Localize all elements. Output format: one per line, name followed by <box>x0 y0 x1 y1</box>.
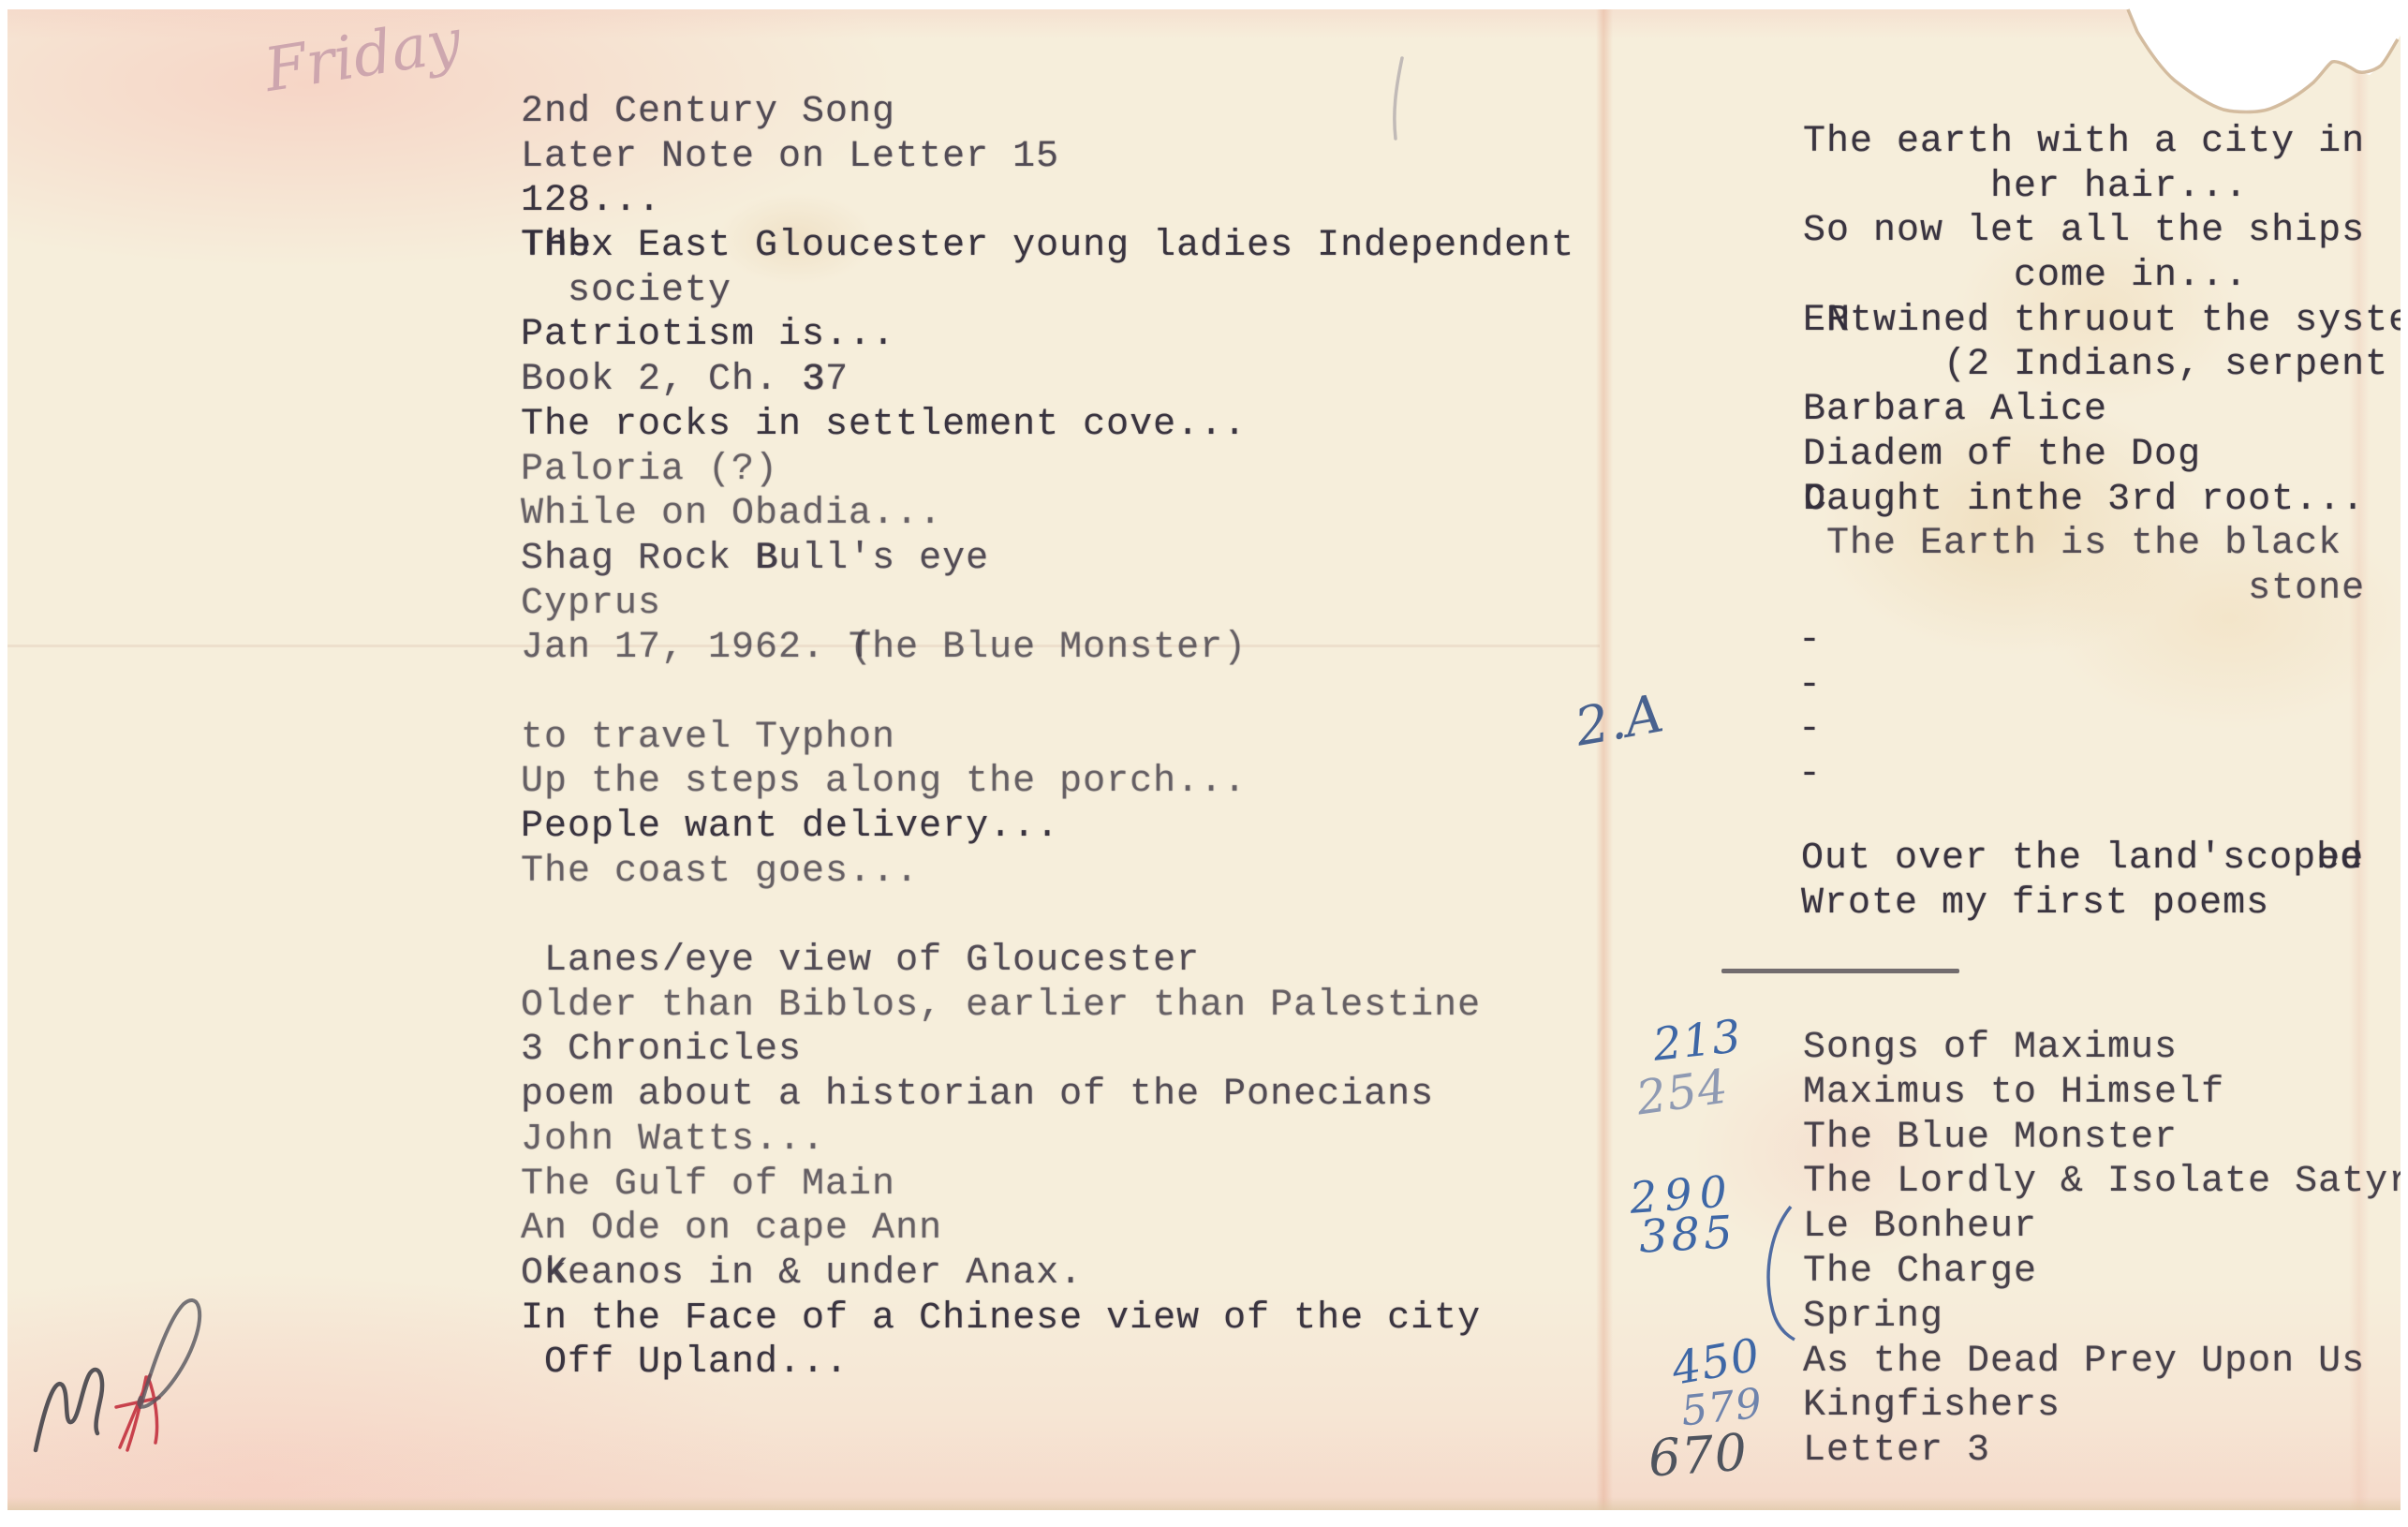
reading-list-row: The Blue Monster <box>1803 1116 2408 1161</box>
typed-line: Paloria (?) <box>521 448 1598 493</box>
typed-dash-column: ---- <box>1798 618 1822 797</box>
right-typed-column: The earth with a city in her hair...So n… <box>1803 120 2408 612</box>
typed-line: Out over the land'scopbd <box>1801 837 2408 882</box>
typed-line: An Ode on cape Ann <box>521 1207 1598 1252</box>
handwritten-friday: Friday <box>260 11 465 101</box>
typed-line: come in... <box>1803 254 2408 299</box>
typed-line: - <box>1798 707 1822 752</box>
scanned-page: { "page": { "description_label": "typewr… <box>0 0 2408 1527</box>
reading-list-row: 213Songs of Maximus <box>1803 1026 2408 1071</box>
typed-line: Book 2, Ch. 37 <box>521 358 1598 403</box>
typed-line: The Gulf of Main <box>521 1163 1598 1208</box>
typed-line: In the Face of a Chinese view of the cit… <box>521 1297 1598 1342</box>
reading-list-title: Letter 3 <box>1803 1430 1990 1472</box>
typed-line: - <box>1798 618 1822 663</box>
typed-line: 128... <box>521 179 1598 224</box>
typed-line: (2 Indians, serpent <box>1803 343 2408 388</box>
typed-ruled-line <box>1721 969 1959 973</box>
vertical-fold-crease <box>1596 0 1613 1527</box>
typed-line: Diadem of the Dog <box>1803 433 2408 478</box>
closing-typed-lines: Out over the land'scopbdWrote my first p… <box>1801 837 2408 926</box>
typed-line <box>521 894 1598 939</box>
paper-sheet: Friday 2.A 2nd Century SongLater Note on… <box>0 0 2408 1527</box>
reading-list-row: 450As the Dead Prey Upon Us <box>1803 1340 2408 1385</box>
reading-list-title: The Charge <box>1803 1251 2037 1293</box>
reading-list-title: As the Dead Prey Upon Us <box>1803 1341 2365 1383</box>
typed-line: Wrote my first poems <box>1801 882 2408 927</box>
typed-line: to travel Typhon <box>521 716 1598 761</box>
reading-list-title: Le Bonheur <box>1803 1206 2037 1248</box>
typed-line: 2nd Century Song <box>521 90 1598 135</box>
reading-list-title: The Lordly & Isolate Satyr <box>1803 1161 2408 1203</box>
reading-list-title: The Blue Monster <box>1803 1117 2178 1159</box>
reading-list-row: 290The Lordly & Isolate Satyr <box>1803 1160 2408 1205</box>
typed-line: The earth with a city in <box>1803 120 2408 165</box>
reading-list-title: Songs of Maximus <box>1803 1027 2178 1069</box>
reading-list-title: Maximus to Himself <box>1803 1072 2224 1114</box>
reading-list-row: 579Kingfishers <box>1803 1384 2408 1429</box>
reading-list-title: Spring <box>1803 1296 1943 1338</box>
typed-line: her hair... <box>1803 165 2408 210</box>
typed-line: Shag Rock Bull's eye <box>521 537 1598 582</box>
typed-line: stone <box>1803 567 2408 612</box>
typed-line: Daught inthe 3rd root... <box>1803 478 2408 523</box>
handwritten-number: 213 <box>1651 1014 1744 1068</box>
typed-line: The rocks in settlement cove... <box>521 403 1598 448</box>
reading-list-row: 670Letter 3 <box>1803 1429 2408 1474</box>
reading-list-row: Spring <box>1803 1295 2408 1340</box>
typed-line: poem about a historian of the Ponecians <box>521 1073 1598 1118</box>
typed-line: - <box>1798 663 1822 708</box>
typed-line: Cyprus <box>521 582 1598 627</box>
typed-line: 3 Chronicles <box>521 1028 1598 1073</box>
typed-line: The Earth is the black <box>1803 522 2408 567</box>
typed-line: Jan 17, 1962. The Blue Monster) <box>521 626 1598 671</box>
typed-line: People want delivery... <box>521 805 1598 850</box>
typed-line: - <box>1798 752 1822 797</box>
typed-line: Okeanos in & under Anax. <box>521 1252 1598 1297</box>
typed-line: While on Obadia... <box>521 492 1598 537</box>
reading-list-row: 254Maximus to Himself <box>1803 1071 2408 1116</box>
typed-line <box>521 671 1598 716</box>
handwritten-number: 670 <box>1647 1428 1750 1485</box>
typed-line: ERtwined thruout the system <box>1803 299 2408 344</box>
typed-line: John Watts... <box>521 1118 1598 1163</box>
typed-line: society <box>521 269 1598 314</box>
reading-list-row: 385Le Bonheur <box>1803 1205 2408 1250</box>
typed-line: So now let all the ships <box>1803 209 2408 254</box>
typed-line: Barbara Alice <box>1803 388 2408 433</box>
bottom-paper-edge <box>7 1497 2401 1510</box>
typed-line: Patriotism is... <box>521 313 1598 358</box>
typed-line: Later Note on Letter 15 <box>521 135 1598 180</box>
typed-line: The coast goes... <box>521 850 1598 895</box>
typed-line: THbx East Gloucester young ladies Indepe… <box>521 224 1598 269</box>
typed-line: Off Upland... <box>521 1341 1598 1386</box>
reading-list-title: Kingfishers <box>1803 1385 2061 1427</box>
reading-list-row: The Charge <box>1803 1250 2408 1295</box>
handwritten-number: 385 <box>1638 1210 1737 1260</box>
typed-line: Lanes eye view of Gloucester <box>521 939 1598 984</box>
handwritten-number: 254 <box>1633 1062 1731 1121</box>
reading-list: 213Songs of Maximus254Maximus to Himself… <box>1803 1026 2408 1474</box>
typed-line: Older than Biblos, earlier than Palestin… <box>521 984 1598 1029</box>
typed-line: Up the steps along the porch... <box>521 760 1598 805</box>
left-typed-column: 2nd Century SongLater Note on Letter 151… <box>521 90 1598 1386</box>
